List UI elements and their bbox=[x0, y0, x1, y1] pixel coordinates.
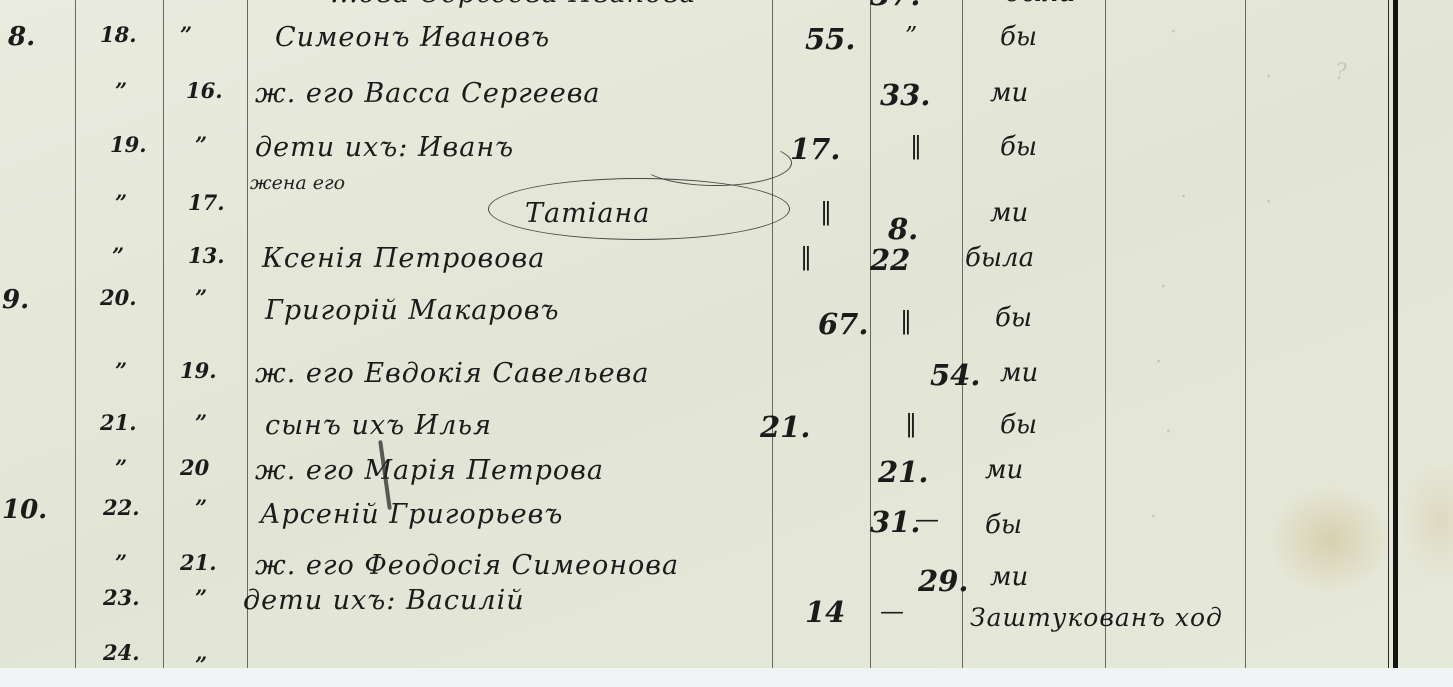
status-cell: была bbox=[965, 243, 1095, 273]
female-number: 20 bbox=[180, 455, 242, 480]
status-cell: бы bbox=[1000, 22, 1130, 52]
status-cell: бы bbox=[1000, 132, 1130, 162]
male-number: 19. bbox=[110, 132, 170, 157]
name-cell: дети ихъ: Василiй bbox=[243, 585, 883, 616]
status-cell: ми bbox=[990, 198, 1120, 228]
female-number: ” bbox=[195, 132, 257, 157]
name-cell: ж. его Евдокiя Савельева bbox=[255, 358, 895, 389]
female-number: 13. bbox=[188, 243, 250, 268]
name-cell: ж. его Феодосiя Симеонова bbox=[255, 550, 895, 581]
ditto-mark: ‖ bbox=[820, 198, 880, 226]
image-viewer: · · ? · · · · · · ...ова Сергеева Иванов… bbox=[0, 0, 1453, 687]
register-row: 9. 20. ” Григорiй Макаровъ 67. ‖ бы bbox=[0, 285, 1390, 325]
age-cell: 55. bbox=[805, 22, 890, 56]
age-cell: 21. bbox=[760, 410, 845, 444]
name-loop bbox=[488, 178, 790, 240]
status-cell: бы bbox=[1000, 410, 1130, 440]
female-number: 21. bbox=[180, 550, 242, 575]
viewer-bottom-bar bbox=[0, 668, 1453, 687]
male-number: ” bbox=[115, 455, 175, 480]
age-cell: 21. bbox=[878, 455, 963, 489]
age-cell: 67. bbox=[818, 307, 903, 341]
female-number: 16. bbox=[186, 78, 248, 103]
male-number: 23. bbox=[103, 585, 163, 610]
name-cell: ж. его Марiя Петрова bbox=[255, 455, 895, 486]
register-row: ” 13. Ксенiя Петровова ‖ 22 была bbox=[0, 243, 1390, 283]
margin-annotation: жена его bbox=[250, 172, 345, 194]
ditto-mark: ‖ bbox=[905, 410, 965, 438]
age-cell: 22 bbox=[870, 243, 955, 277]
register-row: ” 19. ж. его Евдокiя Савельева 54. ми bbox=[0, 358, 1390, 398]
ditto-mark: — bbox=[880, 597, 940, 625]
female-number: 17. bbox=[188, 190, 250, 215]
page-border-thick bbox=[1393, 0, 1398, 668]
register-row: 23. ” дети ихъ: Василiй 14 — Заштукованъ… bbox=[0, 585, 1390, 625]
male-number: 18. bbox=[100, 22, 160, 47]
register-row: 21. ” сынъ ихъ Илья 21. ‖ бы bbox=[0, 410, 1390, 450]
ditto-mark: ” bbox=[905, 22, 965, 50]
ditto-mark: ‖ bbox=[900, 307, 960, 335]
ditto-mark: ‖ bbox=[800, 243, 860, 271]
age-cell: 8. bbox=[888, 212, 973, 246]
name-cell: ж. его Васса Сергеева bbox=[255, 78, 895, 109]
register-row-partial: 24. ” bbox=[0, 640, 1390, 668]
register-row: ” 21. ж. его Феодосiя Симеонова 29. ми bbox=[0, 550, 1390, 590]
register-row: ” 20 ж. его Марiя Петрова 21. ми bbox=[0, 455, 1390, 495]
age-cell: 14 bbox=[805, 595, 890, 629]
male-number: 22. bbox=[103, 495, 163, 520]
male-number: ” bbox=[115, 78, 175, 103]
status-cell: ми bbox=[1000, 358, 1130, 388]
male-number: 21. bbox=[100, 410, 160, 435]
status-cell: бы bbox=[995, 303, 1125, 333]
register-row: 8. 18. ” Симеонъ Ивановъ 55. ” бы bbox=[0, 22, 1390, 62]
household-number: 8. bbox=[8, 22, 68, 52]
name-cell: Григорiй Макаровъ bbox=[265, 295, 905, 326]
male-number: ” bbox=[115, 190, 175, 215]
scanned-register-page: · · ? · · · · · · ...ова Сергеева Иванов… bbox=[0, 0, 1453, 668]
female-number: ” bbox=[195, 652, 257, 668]
household-number: 10. bbox=[2, 495, 62, 525]
female-number: ” bbox=[195, 495, 257, 520]
note-cell: Заштукованъ ход bbox=[970, 603, 1390, 632]
age-cell: 37. bbox=[870, 0, 955, 12]
ditto-mark: — bbox=[915, 505, 975, 533]
name-cell: Арсенiй Григорьевъ bbox=[260, 499, 900, 530]
register-row: ” 16. ж. его Васса Сергеева 33. ми bbox=[0, 78, 1390, 118]
female-number: 19. bbox=[180, 358, 242, 383]
ditto-mark: ‖ bbox=[910, 132, 970, 160]
status-cell: бы bbox=[985, 510, 1115, 540]
register-row: 10. 22. ” Арсенiй Григорьевъ 31. — бы bbox=[0, 495, 1390, 535]
female-number: ” bbox=[195, 410, 257, 435]
male-number: ” bbox=[115, 358, 175, 383]
age-cell: 17. bbox=[790, 132, 875, 166]
male-number: ” bbox=[115, 550, 175, 575]
status-cell: ми bbox=[990, 78, 1120, 108]
male-number: 20. bbox=[100, 285, 160, 310]
age-cell: 33. bbox=[880, 78, 965, 112]
status-cell: ми bbox=[985, 455, 1115, 485]
male-number: 24. bbox=[103, 640, 163, 665]
register-row-partial: ...ова Сергеева Иванова 37. были bbox=[0, 0, 1390, 18]
status-cell: были bbox=[1005, 0, 1135, 8]
female-number: ” bbox=[195, 285, 257, 310]
household-number: 9. bbox=[2, 285, 62, 315]
male-number: ” bbox=[112, 243, 172, 268]
female-number: ” bbox=[180, 22, 242, 47]
